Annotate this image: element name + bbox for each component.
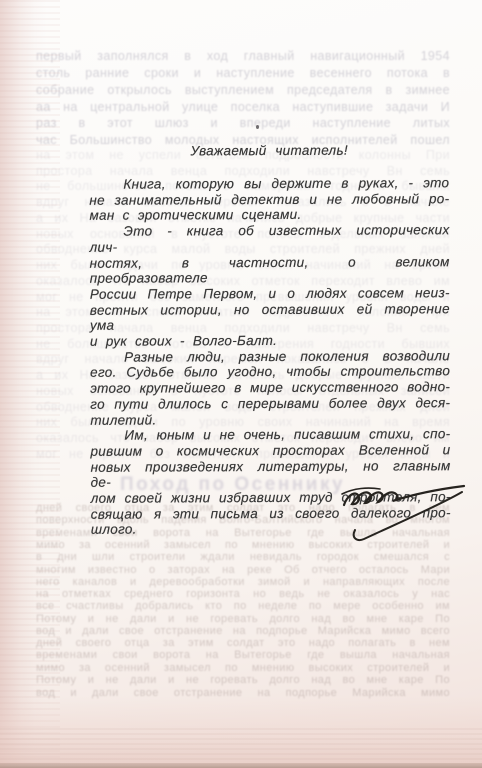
text-line: го пути длилось с перерывами более двух … bbox=[90, 395, 450, 412]
text-line: Им, юным и не очень, писавшим стихи, спо… bbox=[90, 426, 450, 443]
text-line: рившим о космических просторах Вселенной… bbox=[90, 442, 450, 459]
author-signature bbox=[334, 480, 474, 550]
text-line: его. Судьбе было угодно, чтобы строитель… bbox=[90, 364, 450, 381]
book-page-scan: Поход по Осеннику первый заполнялся в хо… bbox=[0, 0, 482, 768]
letter-text-block: Уважаемый читатель! Книга, которую вы де… bbox=[89, 142, 451, 538]
bleedthrough-line: раз в этот шлюз и впереди наступление ли… bbox=[36, 116, 450, 131]
scan-speck bbox=[256, 125, 259, 129]
text-line: и рук своих - Волго-Балт. bbox=[90, 332, 450, 349]
text-line: тилетий. bbox=[90, 411, 450, 428]
text-line: этого крупнейшего в мире искусственного … bbox=[90, 379, 450, 396]
text-line: Книга, которую вы держите в руках, - это bbox=[89, 175, 449, 192]
text-line: Разные люди, разные поколения возводили bbox=[90, 348, 450, 365]
text-line: Это - книга об известных исторических ли… bbox=[89, 222, 449, 255]
bleedthrough-line: первый заполнялся в ход главный навигаци… bbox=[36, 49, 450, 64]
text-line: ностях, в частности, о великом преобразо… bbox=[90, 254, 450, 287]
page-heading: Уважаемый читатель! bbox=[89, 142, 449, 160]
bleedthrough-line: столь ранние сроки и наступление весенне… bbox=[36, 66, 450, 81]
text-line: вестных истории, но оставивших ей творен… bbox=[90, 301, 450, 334]
bleedthrough-line: аа на центральной улице поселка наступив… bbox=[36, 100, 450, 115]
bleedthrough-line: вод и дали свое отстранение на подпорье … bbox=[36, 687, 450, 702]
text-line: не занимательный детектив и не любовный … bbox=[89, 191, 449, 208]
text-line: России Петре Первом, и о людях совсем не… bbox=[90, 285, 450, 302]
bleedthrough-line: собрание открылось выступлением председа… bbox=[36, 83, 450, 98]
text-line: ман с эротическими сценами. bbox=[89, 207, 449, 224]
